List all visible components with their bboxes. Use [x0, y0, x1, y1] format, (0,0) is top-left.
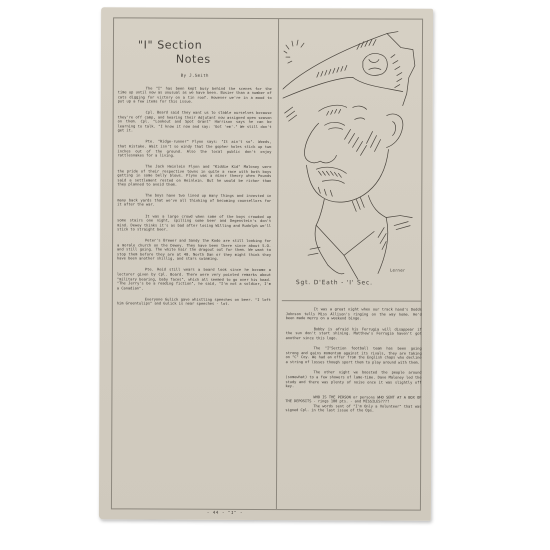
paragraph: The other night we boosted the people ar… — [285, 371, 421, 390]
paragraph: It was a large crowd when some of the bo… — [117, 214, 271, 233]
right-paragraphs: It was a great night when our track hand… — [285, 307, 421, 389]
page-number-footer: - 44 - "I" - — [207, 510, 243, 515]
right-column: Lerner Sgt. D'Eath - 'I' Sec. It was a g… — [281, 19, 423, 510]
paragraph: Pte. "Ridge-runner" Flynn says: "It ain'… — [117, 140, 271, 159]
paragraph: The Jack Heinlein Flynn and "Kiddie Kid"… — [117, 165, 271, 188]
headline-paragraph: WHO IS THE PERSON or persons WHO SENT AT… — [285, 395, 421, 405]
paragraph: Peter's Brewer and Sandy the Kodo are st… — [117, 239, 271, 262]
paragraph: Bobby is afraid his Ferrugia will disapp… — [286, 327, 422, 341]
closing-paragraph: The words sent of "I'm Only a Volunteer"… — [285, 404, 421, 414]
section-title: "I" Section — [138, 38, 272, 53]
section-title-notes: Notes — [176, 53, 272, 67]
paragraph: Cpl. Board said they want us to stable o… — [118, 111, 272, 134]
byline: By J.Smith — [118, 73, 272, 78]
caricature-illustration — [282, 19, 423, 288]
right-article-body: It was a great night when our track hand… — [285, 307, 421, 419]
newsletter-page: "I" Section Notes By J.Smith The "I" has… — [99, 7, 433, 520]
paragraph: Everyone Gulick gave whistling speeches … — [117, 297, 271, 307]
horizontal-divider — [282, 300, 422, 302]
left-article-body: The "I" has been kept busy behind the sc… — [117, 86, 272, 307]
sun-burst-icon — [284, 40, 304, 63]
artist-signature: Lerner — [390, 268, 405, 273]
left-column: "I" Section Notes By J.Smith The "I" has… — [117, 38, 272, 313]
photo-background: "I" Section Notes By J.Smith The "I" has… — [0, 0, 550, 550]
paragraph: The "I"Section football team has been go… — [286, 346, 422, 365]
paragraph: The "I" has been kept busy behind the sc… — [118, 86, 272, 105]
cartoon-caption: Sgt. D'Eath - 'I' Sec. — [296, 279, 373, 286]
paragraph: It was a great night when our track hand… — [286, 307, 422, 321]
column-divider — [276, 19, 279, 509]
page-border: "I" Section Notes By J.Smith The "I" has… — [111, 17, 423, 510]
paragraph: Pte. Reid still wears a board look since… — [117, 268, 271, 291]
paragraph: The boys have two lined up many things a… — [117, 194, 271, 208]
